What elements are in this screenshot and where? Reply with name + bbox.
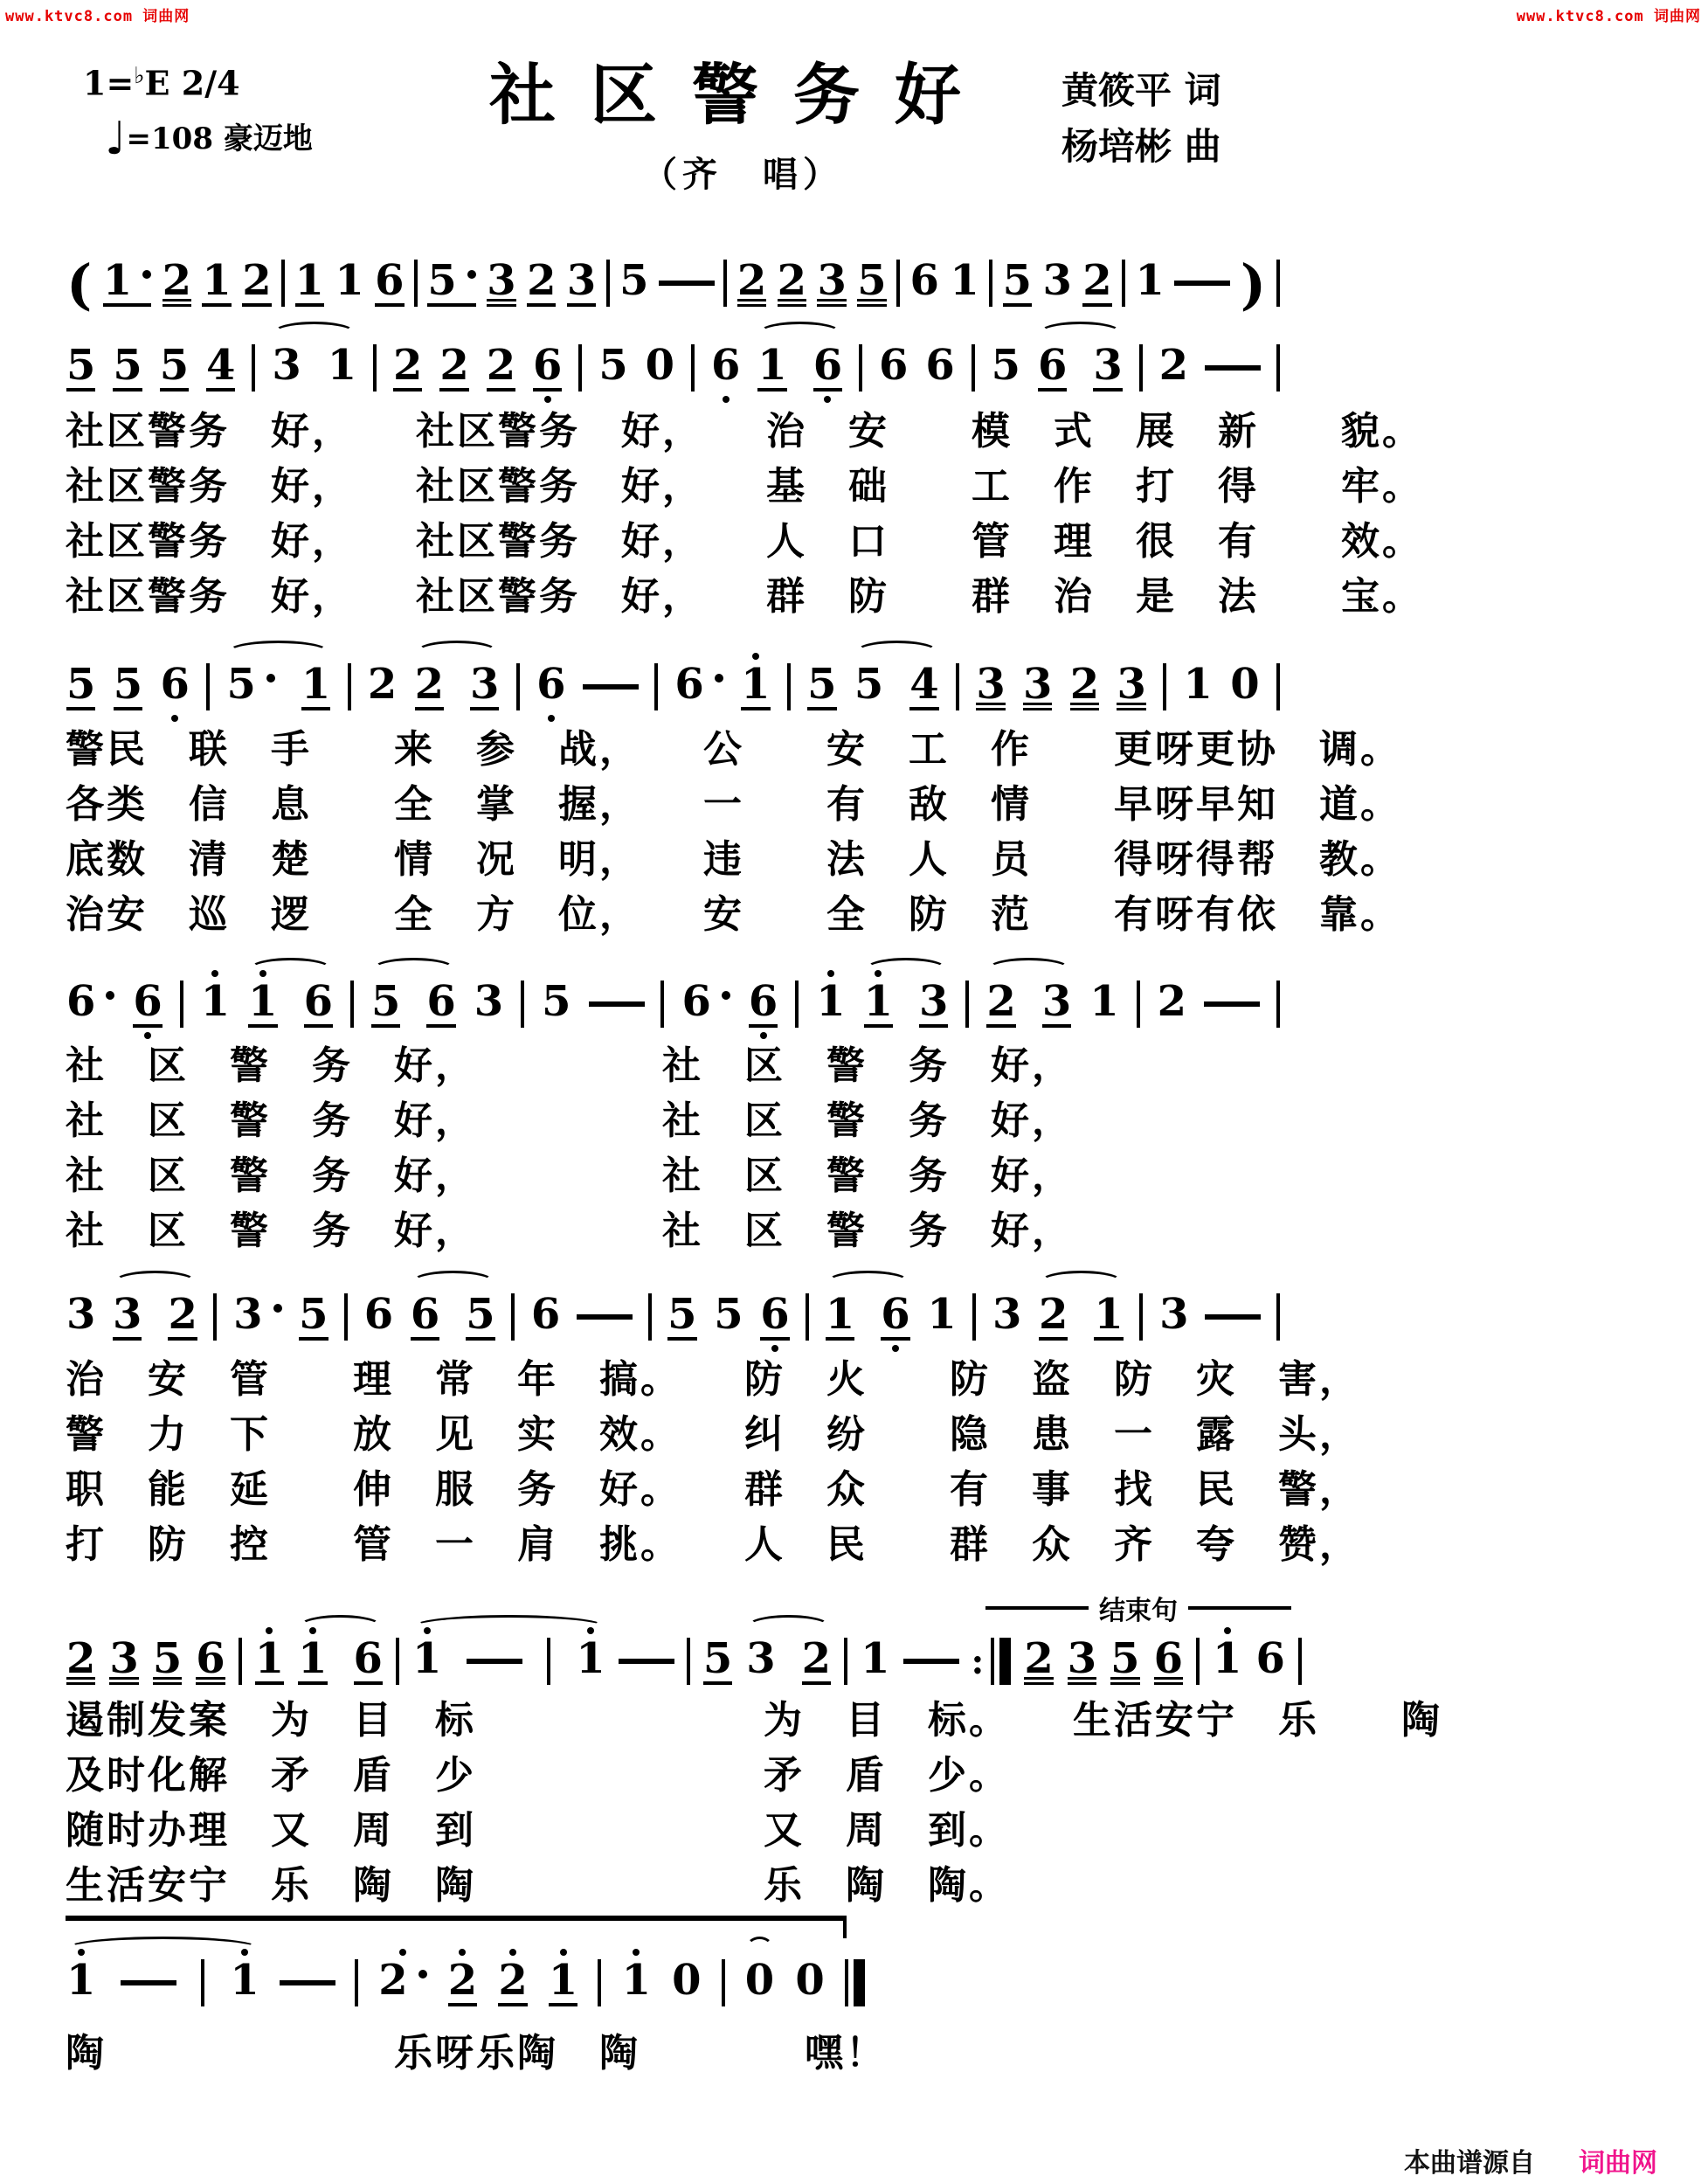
lyrics-block-2: 警民 联 手 来 参 战， 公 安 工 作 更呀更协 调。各类 信 息 全 掌 … [66,722,1401,942]
note: 6 [710,343,741,392]
octave-dot-high [424,1627,431,1634]
barline [687,1638,690,1685]
note: 5 [159,343,190,392]
lyrics-block-5: 遏制发案 为 目 标 为 目 标。 生活安宁 乐 陶及时化解 矛 盾 少 矛 盾… [66,1693,1442,1913]
note: 1 [200,979,231,1028]
note: 1 [825,1292,855,1341]
note: 1 [740,662,771,710]
note: 5 [713,1292,743,1341]
octave-dot-high [827,970,834,977]
note: 2 [497,1958,528,2006]
song-title: 社区警务好 [0,42,1485,137]
barline [355,1959,358,2006]
note: 5 [1110,1636,1140,1685]
note: 3 [112,1292,142,1341]
barline [787,663,791,710]
note: 1 [247,979,278,1028]
barline [344,1293,348,1341]
note: 2 [414,662,445,710]
barline [598,1959,601,2006]
octave-dot-low [723,396,730,403]
barline [547,1638,550,1685]
note: 2 [377,1958,427,2006]
note: 0 [744,1958,775,2006]
barline [206,663,210,710]
note: 3 [1067,1636,1097,1685]
lyric-line: 社 区 警 务 好， 社 区 警 务 好， [66,1203,1073,1258]
barline [1139,344,1143,392]
barline [859,344,862,392]
octave-dot-high [459,1949,466,1956]
note: 2 [526,258,557,307]
octave-dot-high [509,1949,516,1956]
note: 5 [298,1292,328,1341]
composer-credit: 杨培彬 曲 [1061,125,1221,168]
lyric-line: 遏制发案 为 目 标 为 目 标。 生活安宁 乐 陶 [66,1693,1442,1748]
lyric-line: 社 区 警 务 好， 社 区 警 务 好， [66,1038,1073,1093]
slur-group: 23 [985,979,1072,1028]
slur-group: 16 [247,979,334,1028]
dash-note [280,1980,335,1985]
note: 5 [113,662,143,710]
ending-rule-right [1188,1606,1291,1610]
note: 5 [991,343,1021,392]
dash-note [619,1659,674,1664]
note: 1 [334,258,364,307]
note: 1 [575,1636,605,1685]
note: 5 [465,1292,495,1341]
barline [414,260,418,307]
note: 3 [1041,258,1072,307]
note: 6 [878,343,909,392]
note: 6 [66,979,115,1028]
note: 6 [880,1292,910,1341]
sheet-music-page: www.ktvc8.com 词曲网 www.ktvc8.com 词曲网 1=♭E… [0,0,1708,2176]
note: 3 [1022,662,1053,710]
note: 6 [353,1636,384,1685]
source-brand: 词曲网 [1579,2148,1657,2176]
note: 1 [102,258,152,307]
note: 0 [1229,662,1260,710]
note: 1 [411,1636,442,1685]
lyrics-block-3: 社 区 警 务 好， 社 区 警 务 好，社 区 警 务 好， 社 区 警 务 … [66,1038,1073,1258]
credits: 黄筱平 词 杨培彬 曲 [1061,63,1221,175]
note: 3 [232,1292,282,1341]
ending-rule-left [985,1606,1089,1610]
note: 3 [745,1636,776,1685]
barline [956,663,959,710]
note: 2 [777,258,807,307]
barline [201,1959,204,2006]
barline [972,1293,976,1341]
augmentation-dot [106,991,114,1000]
octave-dot-high [211,970,218,977]
music-line-7: 1122211000 [66,1958,865,2008]
note: 5 [225,662,275,710]
note: 6 [759,1292,790,1341]
note: 2 [1038,1292,1068,1341]
augmentation-dot [142,270,151,279]
lyric-line: 生活安宁 乐 陶 陶 乐 陶 陶。 [66,1858,1442,1913]
lyric-line: 职 能 延 伸 服 务 好。 群 众 有 事 找 民 警， [66,1462,1360,1517]
lyric-line: 治安 巡 逻 全 方 位， 安 全 防 范 有呀有依 靠。 [66,887,1401,942]
note: 3 [918,979,949,1028]
note: 5 [152,1636,183,1685]
note: 5 [541,979,571,1028]
barline [1139,1293,1143,1341]
augmentation-dot [467,270,476,279]
octave-dot-high [752,653,759,660]
octave-dot-high [309,1627,316,1634]
barline [578,344,582,392]
octave-dot-high [1224,1627,1231,1634]
note: 5 [702,1636,733,1685]
note: 1 [863,979,894,1028]
slur-group: 51 [225,662,331,710]
note: 5 [112,343,142,392]
barline [516,663,520,710]
note: 6 [425,979,456,1028]
slur-group: 11 [411,1636,606,1685]
note: 2 [162,258,192,307]
dash-note [577,1314,633,1320]
barline [989,260,992,307]
lyric-line: 社区警务 好， 社区警务 好， 人 口 管 理 很 有 效。 [66,514,1423,569]
note: 1 [1089,979,1119,1028]
note: 0 [794,1958,825,2006]
dash-note [903,1659,959,1664]
music-line-4: 661165635661132312 [66,979,1280,1028]
note: 5 [66,343,96,392]
note: 1 [1135,258,1165,307]
octave-dot-low [544,396,551,403]
note: 5 [806,662,837,710]
barline [722,1959,725,2006]
note: 6 [374,258,405,307]
slur-group: 16 [825,1292,911,1341]
note: 6 [532,343,563,392]
slur-group: 11 [66,1958,260,2006]
note: 1 [1212,1636,1242,1685]
note: 2 [66,1636,96,1685]
note: 5 [426,258,476,307]
lyric-line: 社区警务 好， 社区警务 好， 群 防 群 治 是 法 宝。 [66,569,1423,624]
dash-note [583,684,639,690]
note: 3 [108,1636,139,1685]
barline [654,663,658,710]
note: 6 [1153,1636,1184,1685]
note: 5 [856,258,887,307]
octave-dot-high [266,1627,273,1634]
note: 1 [1093,1292,1124,1341]
note: 2 [1157,979,1187,1028]
slur-group: 16 [757,343,843,392]
lyric-line: 警民 联 手 来 参 战， 公 安 工 作 更呀更协 调。 [66,722,1401,777]
barline [521,981,524,1028]
note: 5 [1002,258,1033,307]
barline [350,981,354,1028]
note: 1 [301,662,331,710]
octave-dot-high [587,1627,594,1634]
watermark-top-right: www.ktvc8.com 词曲网 [1517,3,1701,25]
octave-dot-high [560,1949,567,1956]
note: 6 [1037,343,1068,392]
note: 3 [1041,979,1072,1028]
barline [606,260,610,307]
music-line-6: 2356116115321:235616 [66,1636,1302,1687]
dash-note [659,281,715,286]
note: 6 [748,979,778,1028]
barline [373,344,377,392]
octave-dot-low [548,715,555,722]
note: 6 [813,343,843,392]
note: 5 [667,1292,697,1341]
note: 6 [159,662,190,710]
note: 2 [447,1958,478,2006]
barline [1122,260,1125,307]
slur-group: 31 [271,343,357,392]
note: 6 [674,662,723,710]
note: 2 [1069,662,1100,710]
octave-dot-high [633,1949,640,1956]
note: 2 [1082,258,1112,307]
barline [1276,344,1280,392]
music-line-intro: (1212116532352235615321) [66,258,1280,317]
note: 6 [363,1292,394,1341]
slur-group: 56 [370,979,457,1028]
dash-note [1205,365,1261,371]
ending-phrase-label: 结束句 [985,1589,1291,1627]
watermark-top-left: www.ktvc8.com 词曲网 [5,3,190,25]
octave-dot-low [824,396,831,403]
barline [281,260,285,307]
note: 1 [66,1958,96,2006]
lyricist-credit: 黄筱平 词 [1061,69,1221,112]
octave-dot-high [259,970,266,977]
note: 6 [536,662,566,710]
barline [723,260,727,307]
note: 2 [801,1636,832,1685]
final-barline [845,1958,865,2008]
note: 6 [909,258,940,307]
note: 2 [392,343,423,392]
note: 0 [645,343,675,392]
note: 6 [132,979,163,1028]
note: 2 [1158,343,1189,392]
barline [1298,1638,1302,1685]
lyric-line: 社 区 警 务 好， 社 区 警 务 好， [66,1148,1073,1203]
augmentation-dot [273,1304,282,1313]
note: 3 [474,979,504,1028]
note: 3 [486,258,516,307]
slur-group: 63 [1037,343,1124,392]
note: 5 [854,662,884,710]
lyric-line: 陶 乐呀乐陶 陶 嘿！ [66,2026,887,2081]
note: 2 [985,979,1016,1028]
barline [511,1293,515,1341]
note: 1 [327,343,357,392]
octave-dot-high [78,1949,85,1956]
dash-note [1204,1001,1260,1007]
note: 1 [926,1292,957,1341]
barline [660,981,664,1028]
note: 1 [1183,662,1214,710]
note: 1 [294,258,325,307]
note: 3 [1116,662,1146,710]
note: 1 [860,1636,890,1685]
barline [239,1638,242,1685]
barline [396,1638,399,1685]
note: 3 [469,662,500,710]
lyrics-block-4: 治 安 管 理 常 年 搞。 防 火 防 盗 防 灾 害，警 力 下 放 见 实… [66,1352,1360,1572]
lyric-line: 打 防 控 管 一 肩 挑。 人 民 群 众 齐 夸 赞， [66,1517,1360,1572]
octave-dot-low [171,715,178,722]
barline [213,1293,217,1341]
note: 3 [566,258,597,307]
augmentation-dot [266,674,275,683]
barline [180,981,183,1028]
lyric-line: 各类 信 息 全 掌 握， 一 有 敌 情 早呀早知 道。 [66,777,1401,832]
note: 2 [241,258,272,307]
note: 2 [1023,1636,1054,1685]
barline [844,1638,847,1685]
barline [348,663,351,710]
barline [1196,1638,1200,1685]
slur-group: 0 [744,1958,775,2006]
barline [1276,260,1280,307]
note: 1 [254,1636,285,1685]
slur-group: 13 [863,979,950,1028]
slur-group: 16 [297,1636,384,1685]
music-line-2: 555431222650616665632 [66,343,1280,392]
note: 2 [486,343,516,392]
note: 3 [1092,343,1123,392]
note: 6 [410,1292,440,1341]
lyric-line: 社区警务 好， 社区警务 好， 基 础 工 作 打 得 牢。 [66,459,1423,514]
note: 0 [671,1958,702,2006]
note: 2 [439,343,469,392]
octave-dot-high [399,1949,406,1956]
note: 1 [621,1958,652,2006]
note: 1 [201,258,232,307]
note: 2 [367,662,398,710]
ending-label-text: 结束句 [1099,1589,1178,1627]
paren: ) [1240,258,1267,317]
barline [1276,1293,1280,1341]
source-note: 本曲谱源自词曲网 [1404,2141,1657,2176]
dash-note [121,1980,176,1985]
barline [1137,981,1140,1028]
dash-note [1174,281,1230,286]
note: 6 [1255,1636,1285,1685]
note: 3 [1158,1292,1189,1341]
slur-group: 32 [745,1636,832,1685]
repeat-sign: : [972,1636,1012,1687]
barline [648,1293,652,1341]
slur-group: 32 [112,1292,198,1341]
lyric-line: 及时化解 矛 盾 少 矛 盾 少。 [66,1748,1442,1803]
dash-note [589,1001,645,1007]
note: 2 [167,1292,197,1341]
barline [806,1293,809,1341]
note: 1 [757,343,787,392]
lyric-line: 社 区 警 务 好， 社 区 警 务 好， [66,1093,1073,1148]
note: 6 [195,1636,225,1685]
slur-group: 23 [414,662,501,710]
dash-note [1205,1314,1261,1320]
note: 3 [975,662,1006,710]
note: 3 [816,258,847,307]
octave-dot-low [892,1345,899,1352]
lyrics-block-1: 社区警务 好， 社区警务 好， 治 安 模 式 展 新 貌。社区警务 好， 社区… [66,404,1423,624]
barline [896,260,900,307]
note: 1 [548,1958,578,2006]
note: 6 [303,979,334,1028]
slur-group: 65 [410,1292,496,1341]
note: 4 [909,662,939,710]
note: 3 [992,1292,1022,1341]
paren: ( [66,258,93,317]
augmentation-dot [418,1970,427,1978]
song-subtitle: （齐 唱） [0,147,1485,197]
note: 5 [66,662,96,710]
note: 1 [229,1958,259,2006]
lyric-line: 治 安 管 理 常 年 搞。 防 火 防 盗 防 灾 害， [66,1352,1360,1407]
note: 5 [370,979,401,1028]
barline [691,344,695,392]
barline [1163,663,1166,710]
note: 6 [924,343,955,392]
barline [795,981,799,1028]
barline [1276,663,1280,710]
lyric-line: 社区警务 好， 社区警务 好， 治 安 模 式 展 新 貌。 [66,404,1423,459]
note: 1 [949,258,979,307]
note: 6 [681,979,730,1028]
lyric-line: 随时办理 又 周 到 又 周 到。 [66,1803,1442,1858]
note: 1 [297,1636,328,1685]
note: 6 [530,1292,561,1341]
lyric-line: 底数 清 楚 情 况 明， 违 法 人 员 得呀得帮 教。 [66,832,1401,887]
note: 3 [66,1292,96,1341]
note: 5 [619,258,649,307]
note: 2 [736,258,767,307]
note: 1 [815,979,846,1028]
slur-group: 21 [1038,1292,1124,1341]
octave-dot-low [771,1345,778,1352]
barline [252,344,255,392]
source-prefix: 本曲谱源自 [1404,2148,1535,2176]
ending-bracket-line [66,1916,847,1938]
augmentation-dot [715,674,723,683]
lyric-line: 警 力 下 放 见 实 效。 纠 纷 隐 患 一 露 头， [66,1407,1360,1462]
lyrics-block-6: 陶 乐呀乐陶 陶 嘿！ [66,2026,887,2081]
note: 3 [271,343,301,392]
note: 4 [205,343,236,392]
note: 5 [598,343,628,392]
barline [965,981,969,1028]
barline [1276,981,1280,1028]
octave-dot-high [241,1949,248,1956]
octave-dot-high [875,970,882,977]
augmentation-dot [722,991,730,1000]
music-line-3: 55651223661554332310 [66,662,1280,710]
dash-note [467,1659,522,1664]
barline [972,344,975,392]
music-line-5: 3323566565561613213 [66,1292,1280,1341]
slur-group: 54 [854,662,940,710]
